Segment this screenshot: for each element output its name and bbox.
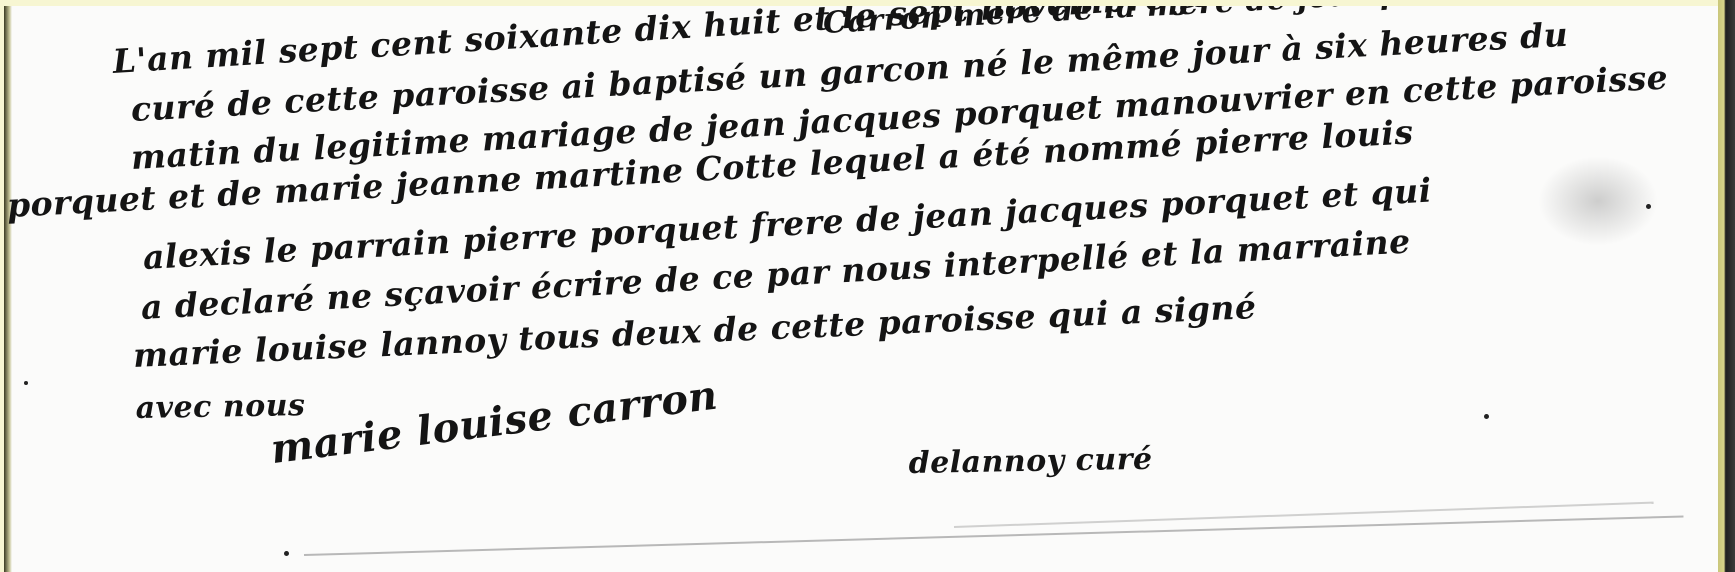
ink-dot (284, 551, 289, 556)
faint-ruled-line (954, 502, 1654, 528)
ink-smudge (1538, 156, 1658, 246)
signature-priest: delannoy curé (908, 442, 1152, 481)
scanned-register-page: Carron mere de la mere de jeux p brigaux… (4, 6, 1718, 572)
ink-dot (1484, 414, 1489, 419)
ink-dot (24, 381, 28, 385)
page-binding-edge (1718, 0, 1735, 572)
ink-dot (1646, 204, 1651, 209)
faint-ruled-line (304, 515, 1684, 556)
signature-godmother: marie louise carron (268, 372, 720, 473)
text-line-8: avec nous (135, 388, 305, 426)
